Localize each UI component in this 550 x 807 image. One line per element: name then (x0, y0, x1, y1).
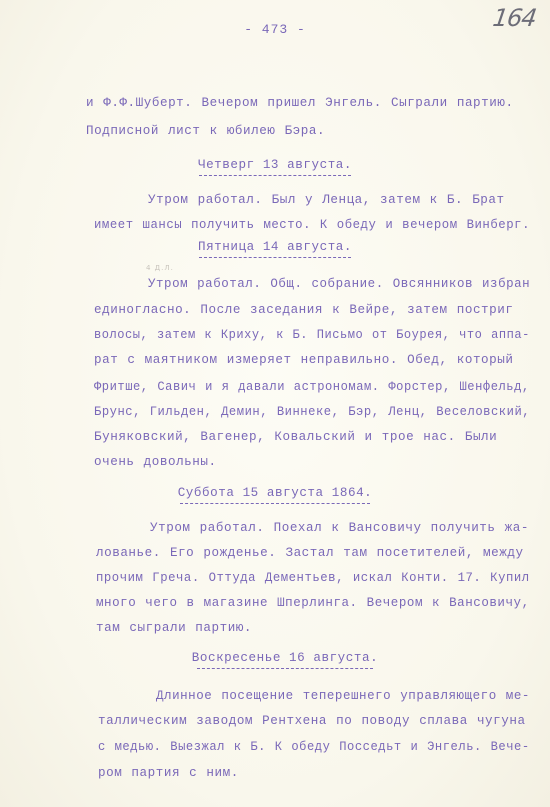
heading-text: Воскресенье 16 августа. (192, 651, 378, 665)
heading-underline (197, 668, 373, 669)
heading-underline (199, 175, 351, 176)
entry-line: Длинное посещение теперешнего управляюще… (156, 689, 530, 703)
heading-text: Четверг 13 августа. (198, 158, 352, 172)
entry-line: Утром работал. Общ. собрание. Овсянников… (148, 277, 530, 291)
entry-line: волосы, затем к Криху, к Б. Письмо от Бо… (94, 328, 530, 342)
intro-line: и Ф.Ф.Шуберт. Вечером пришел Энгель. Сыг… (86, 96, 514, 110)
heading-underline (199, 257, 351, 258)
entry-line: имеет шансы получить место. К обеду и ве… (94, 218, 530, 232)
entry-line: рат с маятником измеряет неправильно. Об… (94, 353, 513, 367)
entry-line: Фритше, Савич и я давали астрономам. Фор… (94, 380, 530, 394)
entry-line: там сыграли партию. (96, 621, 252, 635)
entry-line: много чего в магазине Шперлинга. Вечером… (96, 596, 530, 610)
entry-heading-sunday: Воскресенье 16 августа. (10, 651, 550, 669)
entry-line: таллическим заводом Рентхена по поводу с… (98, 714, 526, 728)
entry-line: лованье. Его рожденье. Застал там посети… (96, 546, 524, 560)
entry-line: очень довольны. (94, 455, 217, 469)
entry-line: Утром работал. Был у Ленца, затем к Б. Б… (148, 193, 505, 207)
heading-underline (180, 503, 370, 504)
pencil-annotation: 4 Д.Л. (146, 264, 174, 272)
entry-heading-thursday: Четверг 13 августа. (0, 158, 550, 176)
intro-line: Подписной лист к юбилею Бэра. (86, 124, 325, 138)
heading-text: Суббота 15 августа 1864. (178, 486, 373, 500)
entry-line: Брунс, Гильден, Демин, Виннеке, Бэр, Лен… (94, 405, 530, 419)
document-page: 164 - 473 - и Ф.Ф.Шуберт. Вечером пришел… (0, 0, 550, 807)
entry-line: Утром работал. Поехал к Вансовичу получи… (150, 521, 529, 535)
entry-line: единогласно. После заседания к Вейре, за… (94, 303, 513, 317)
entry-line: прочим Греча. Оттуда Дементьев, искал Ко… (96, 571, 530, 585)
page-number: - 473 - (0, 22, 550, 37)
entry-line: с медью. Выезжал к Б. К обеду Посседьт и… (98, 740, 530, 754)
heading-text: Пятница 14 августа. (198, 240, 352, 254)
entry-heading-friday: Пятница 14 августа. (0, 240, 550, 258)
entry-line: ром партия с ним. (98, 766, 239, 780)
entry-heading-saturday: Суббота 15 августа 1864. (0, 486, 550, 504)
entry-line: Буняковский, Вагенер, Ковальский и трое … (94, 430, 497, 444)
